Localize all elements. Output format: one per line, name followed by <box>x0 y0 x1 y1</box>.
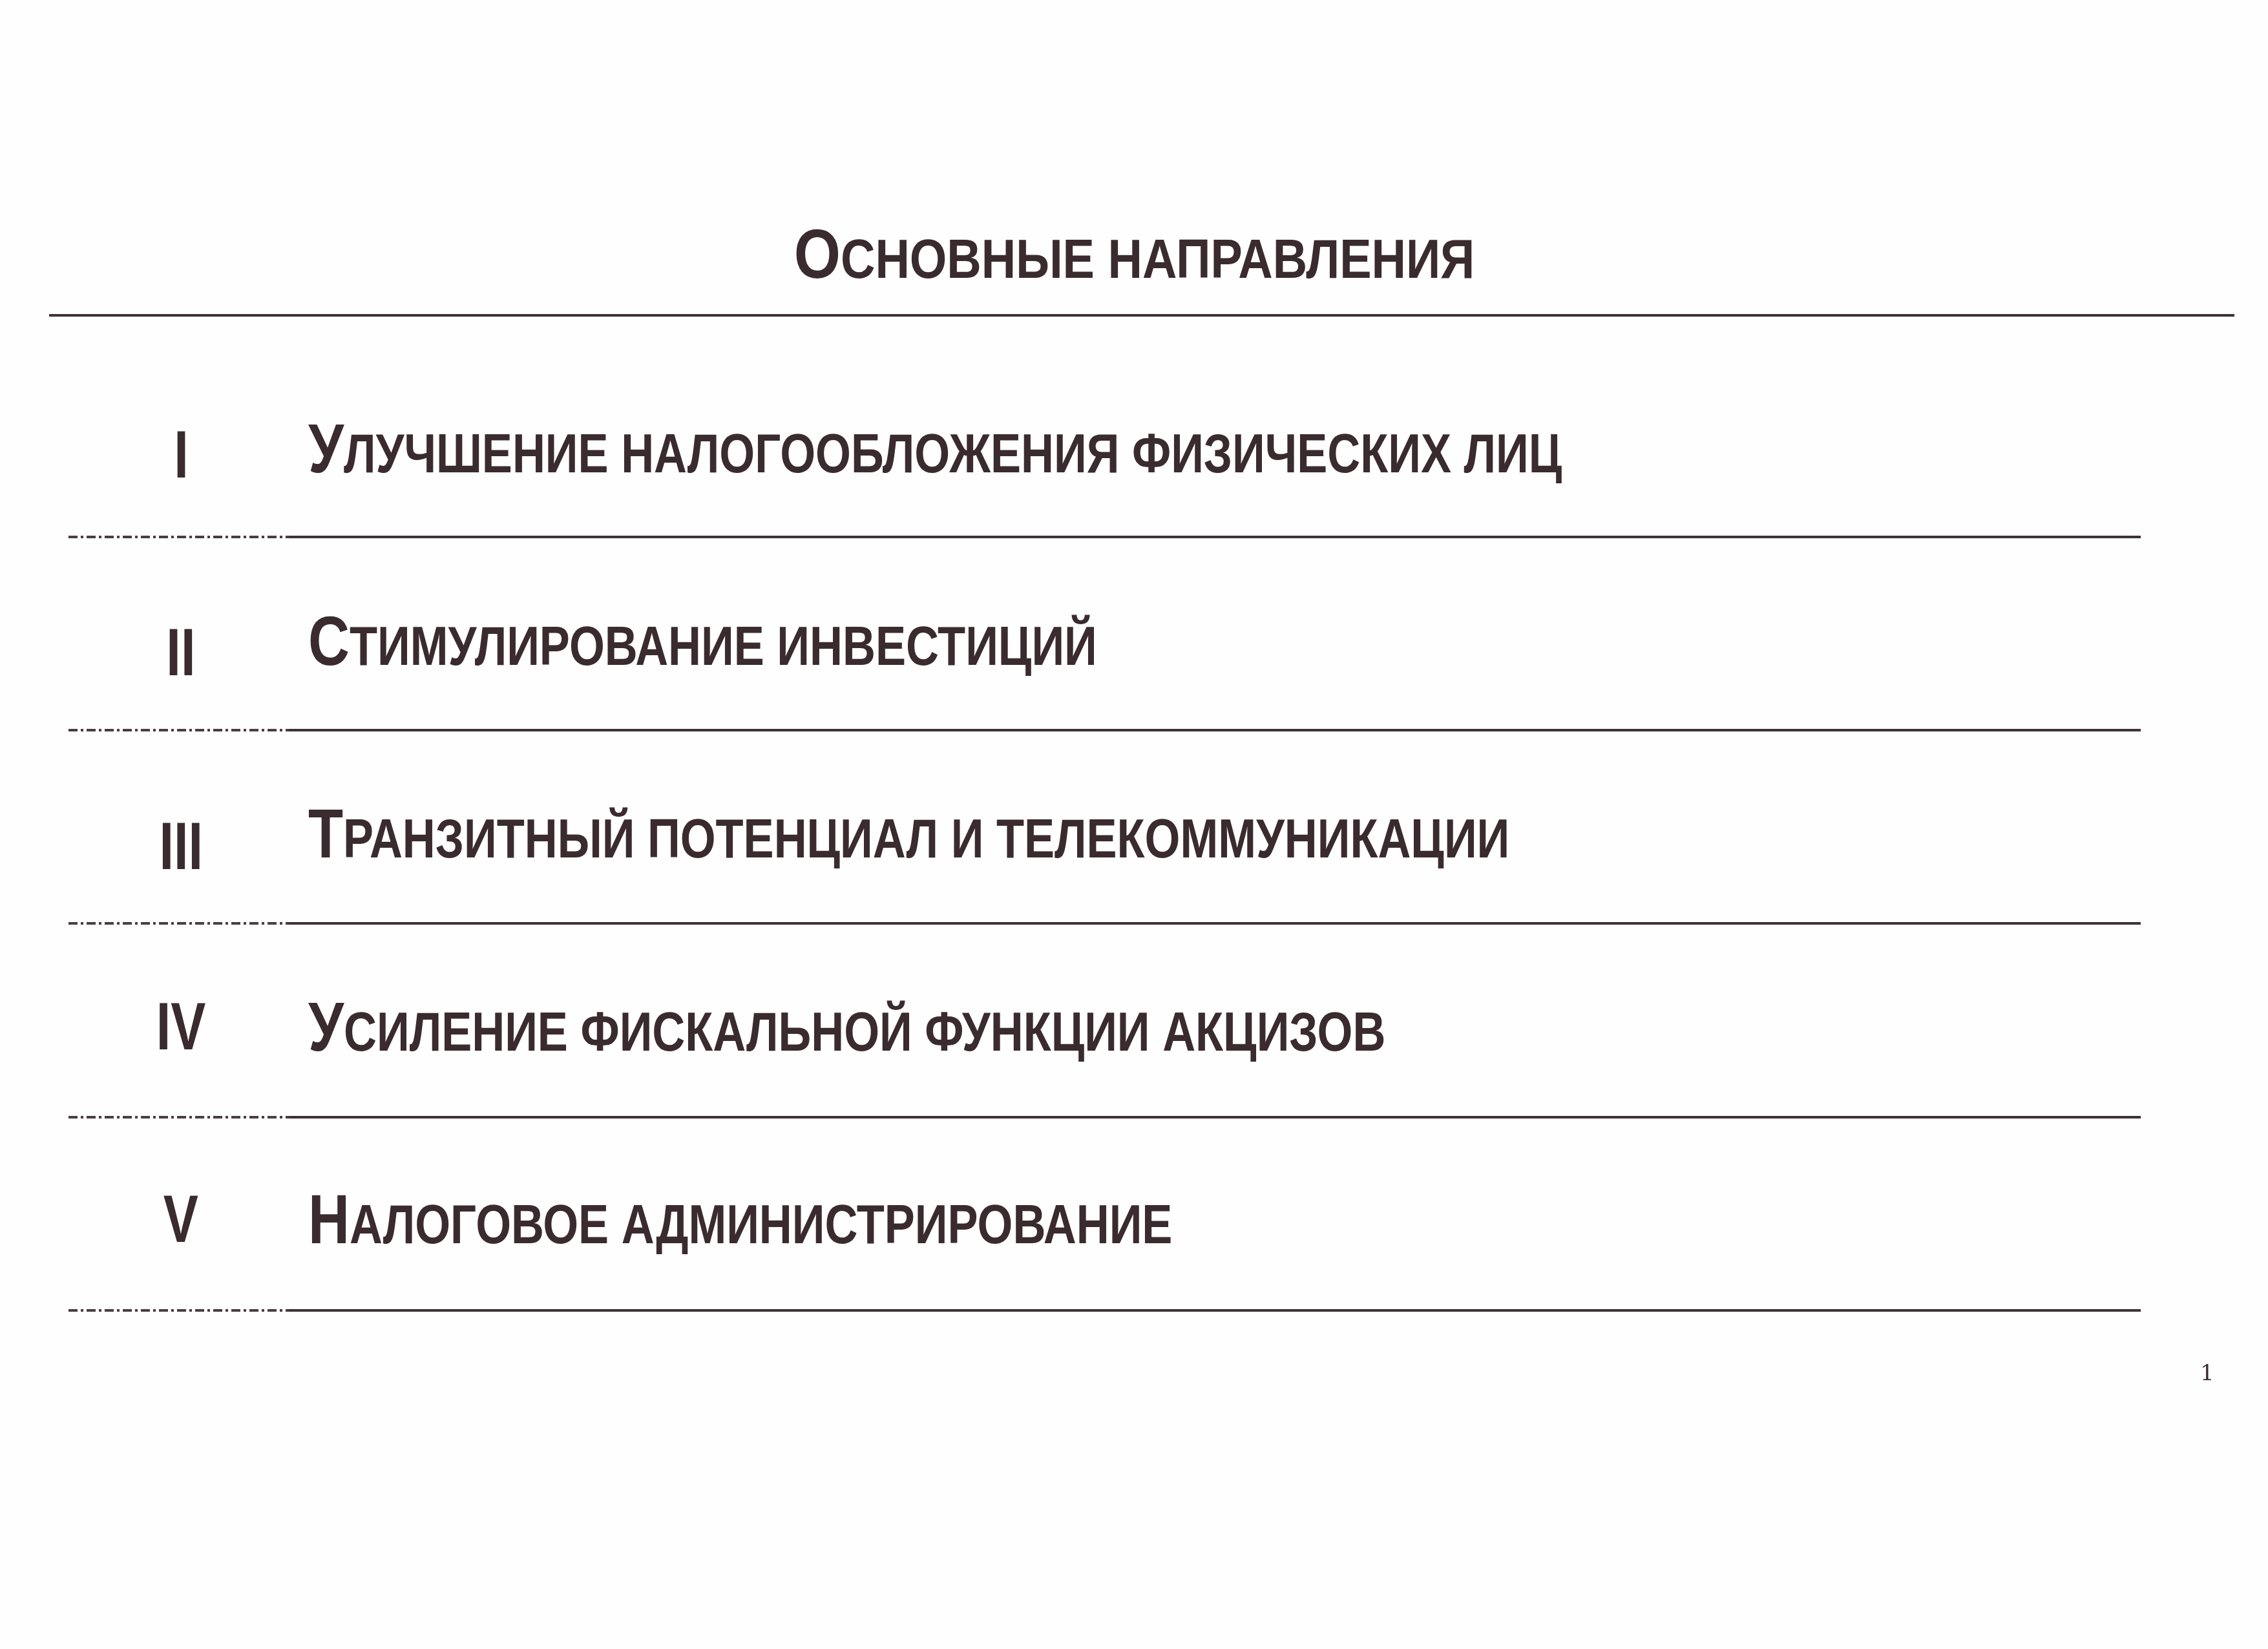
title-divider <box>49 314 2234 317</box>
section-title: Улучшение налогообложения физических лиц <box>308 414 1837 483</box>
section-row: II Стимулирование инвестиций <box>0 606 2268 800</box>
section-title: Усиление фискальной функции акцизов <box>308 992 1622 1062</box>
section-numeral: III <box>116 813 246 880</box>
title-initial: О <box>793 215 840 293</box>
title-rest: сновные направления <box>841 228 1475 290</box>
section-numeral: V <box>116 1186 246 1253</box>
section-row: I Улучшение налогообложения физических л… <box>0 414 2268 607</box>
section-title: Стимулирование инвестиций <box>308 606 1270 676</box>
page-number: 1 <box>2200 1360 2214 1386</box>
section-divider <box>68 729 2141 731</box>
section-divider <box>68 1116 2141 1119</box>
section-numeral: II <box>116 619 246 686</box>
section-title: Транзитный потенциал и телекоммуникации <box>308 799 1773 868</box>
section-row: V Налоговое администрирование <box>0 1184 2268 1378</box>
section-divider <box>68 922 2141 925</box>
section-row: III Транзитный потенциал и телекоммуника… <box>0 799 2268 993</box>
section-title: Налоговое администрирование <box>308 1184 1362 1254</box>
section-divider <box>68 536 2141 538</box>
page-title: Основные направления <box>0 213 2268 294</box>
section-divider <box>68 1309 2141 1312</box>
section-numeral: I <box>116 421 246 488</box>
section-numeral: IV <box>116 993 246 1060</box>
section-row: IV Усиление фискальной функции акцизов <box>0 992 2268 1186</box>
